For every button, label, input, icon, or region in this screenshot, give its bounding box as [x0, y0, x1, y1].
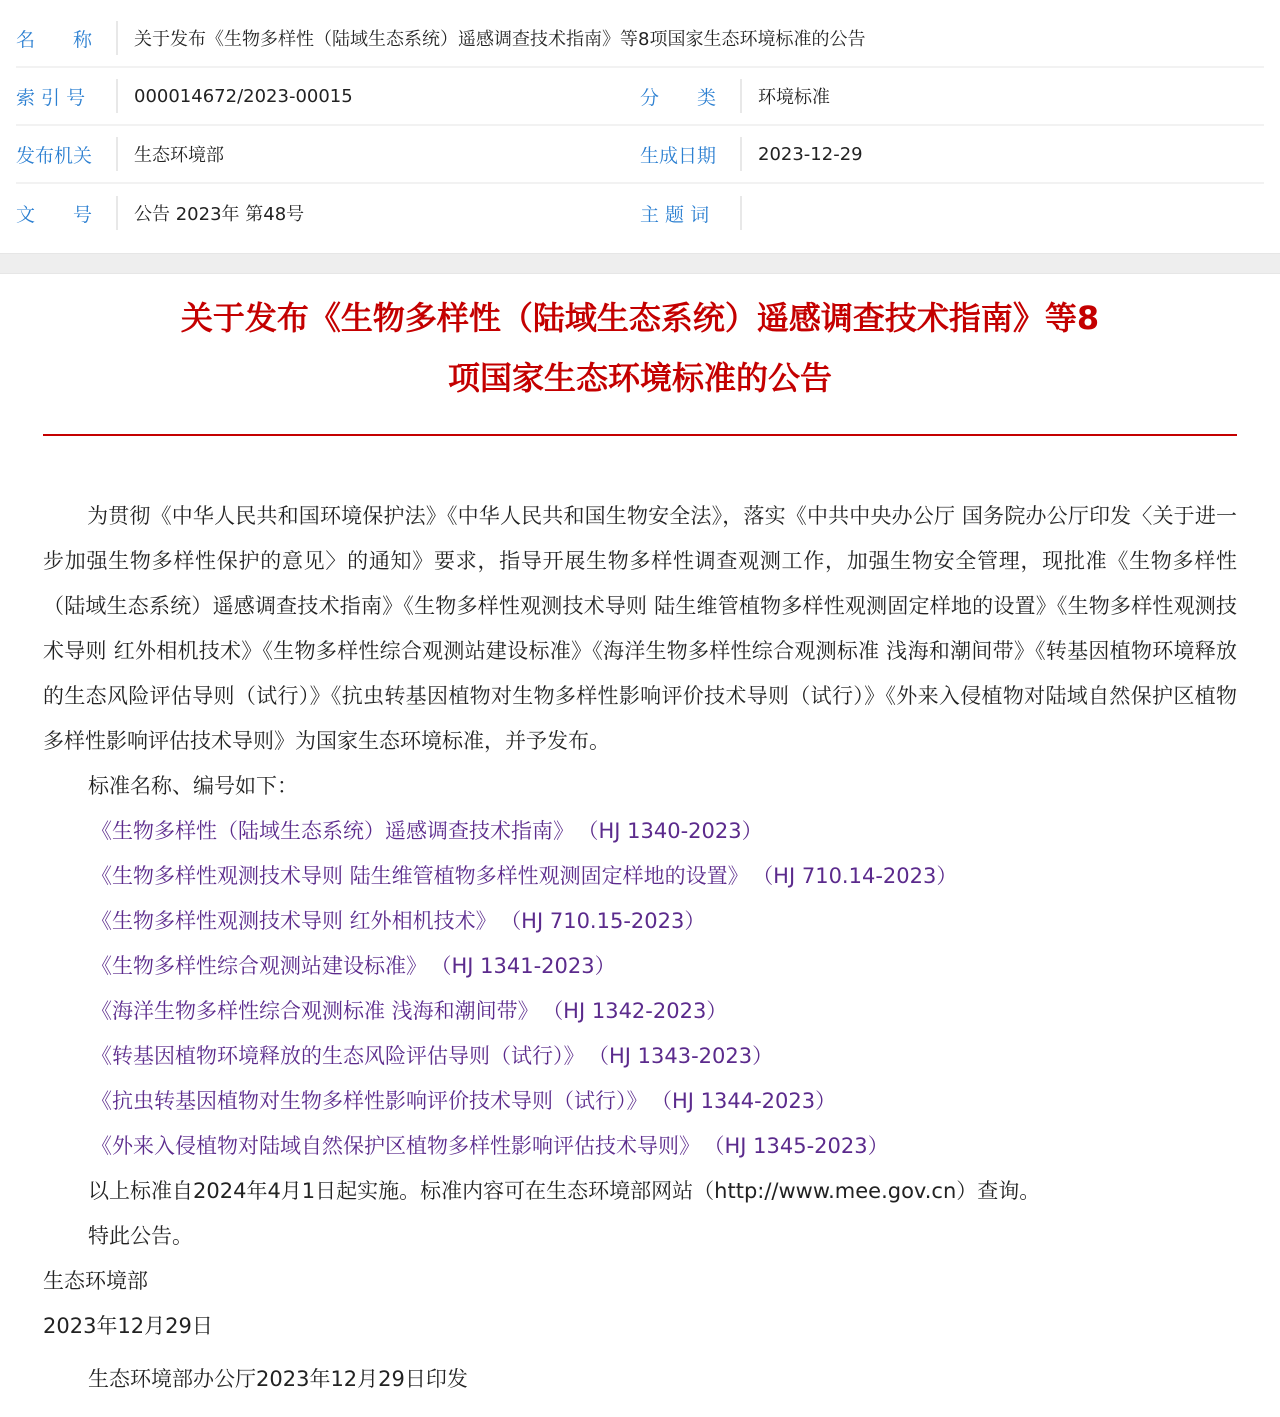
- issuer-value: 生态环境部: [134, 141, 224, 167]
- standard-link[interactable]: 《转基因植物环境释放的生态风险评估导则（试行）》（HJ 1343-2023）: [91, 1034, 1237, 1079]
- meta-row-index: 索 引 号 000014672/2023-00015 分 类 环境标准: [16, 68, 1264, 126]
- standard-link[interactable]: 《生物多样性综合观测站建设标准》（HJ 1341-2023）: [91, 944, 1237, 989]
- article-body: 为贯彻《中华人民共和国环境保护法》《中华人民共和国生物安全法》，落实《中共中央办…: [43, 436, 1237, 1402]
- meta-row-name: 名 称 关于发布《生物多样性（陆域生态系统）遥感调查技术指南》等8项国家生态环境…: [16, 10, 1264, 68]
- effective-date-paragraph: 以上标准自2024年4月1日起实施。标准内容可在生态环境部网站（http://w…: [43, 1169, 1237, 1214]
- name-value: 关于发布《生物多样性（陆域生态系统）遥感调查技术指南》等8项国家生态环境标准的公…: [134, 25, 865, 51]
- standard-link[interactable]: 《海洋生物多样性综合观测标准 浅海和潮间带》（HJ 1342-2023）: [91, 989, 1237, 1034]
- list-heading: 标准名称、编号如下：: [43, 764, 1237, 809]
- date-value: 2023-12-29: [758, 144, 863, 165]
- issued-by-line: 生态环境部办公厅2023年12月29日印发: [43, 1357, 1237, 1402]
- meta-row-docno: 文 号 公告 2023年 第48号 主 题 词: [16, 184, 1264, 242]
- closing-paragraph: 特此公告。: [43, 1214, 1237, 1259]
- category-label: 分 类: [640, 79, 742, 113]
- standard-link[interactable]: 《生物多样性观测技术导则 陆生维管植物多样性观测固定样地的设置》（HJ 710.…: [91, 854, 1237, 899]
- standard-link[interactable]: 《外来入侵植物对陆域自然保护区植物多样性影响评估技术导则》（HJ 1345-20…: [91, 1124, 1237, 1169]
- docno-value: 公告 2023年 第48号: [134, 200, 304, 226]
- meta-row-issuer: 发布机关 生态环境部 生成日期 2023-12-29: [16, 126, 1264, 184]
- standard-link[interactable]: 《生物多样性观测技术导则 红外相机技术》（HJ 710.15-2023）: [91, 899, 1237, 944]
- title-line-1: 关于发布《生物多样性（陆域生态系统）遥感调查技术指南》等8: [43, 288, 1237, 348]
- announcement-article: 关于发布《生物多样性（陆域生态系统）遥感调查技术指南》等8 项国家生态环境标准的…: [0, 274, 1280, 1402]
- title-line-2: 项国家生态环境标准的公告: [43, 348, 1237, 408]
- date-label: 生成日期: [640, 137, 742, 171]
- issuer-label: 发布机关: [16, 137, 118, 171]
- signer: 生态环境部: [43, 1259, 1237, 1304]
- index-value: 000014672/2023-00015: [134, 86, 353, 107]
- standard-link[interactable]: 《抗虫转基因植物对生物多样性影响评价技术导则（试行）》（HJ 1344-2023…: [91, 1079, 1237, 1124]
- sign-date: 2023年12月29日: [43, 1304, 1237, 1349]
- category-value: 环境标准: [758, 83, 830, 109]
- document-metadata-table: 名 称 关于发布《生物多样性（陆域生态系统）遥感调查技术指南》等8项国家生态环境…: [0, 0, 1280, 253]
- article-title: 关于发布《生物多样性（陆域生态系统）遥感调查技术指南》等8 项国家生态环境标准的…: [43, 274, 1237, 408]
- section-divider-bar: [0, 253, 1280, 274]
- index-label: 索 引 号: [16, 79, 118, 113]
- docno-label: 文 号: [16, 196, 118, 230]
- intro-paragraph: 为贯彻《中华人民共和国环境保护法》《中华人民共和国生物安全法》，落实《中共中央办…: [43, 494, 1237, 764]
- keywords-label: 主 题 词: [640, 196, 742, 230]
- standard-link[interactable]: 《生物多样性（陆域生态系统）遥感调查技术指南》（HJ 1340-2023）: [91, 809, 1237, 854]
- name-label: 名 称: [16, 21, 118, 55]
- standards-list: 《生物多样性（陆域生态系统）遥感调查技术指南》（HJ 1340-2023） 《生…: [43, 809, 1237, 1169]
